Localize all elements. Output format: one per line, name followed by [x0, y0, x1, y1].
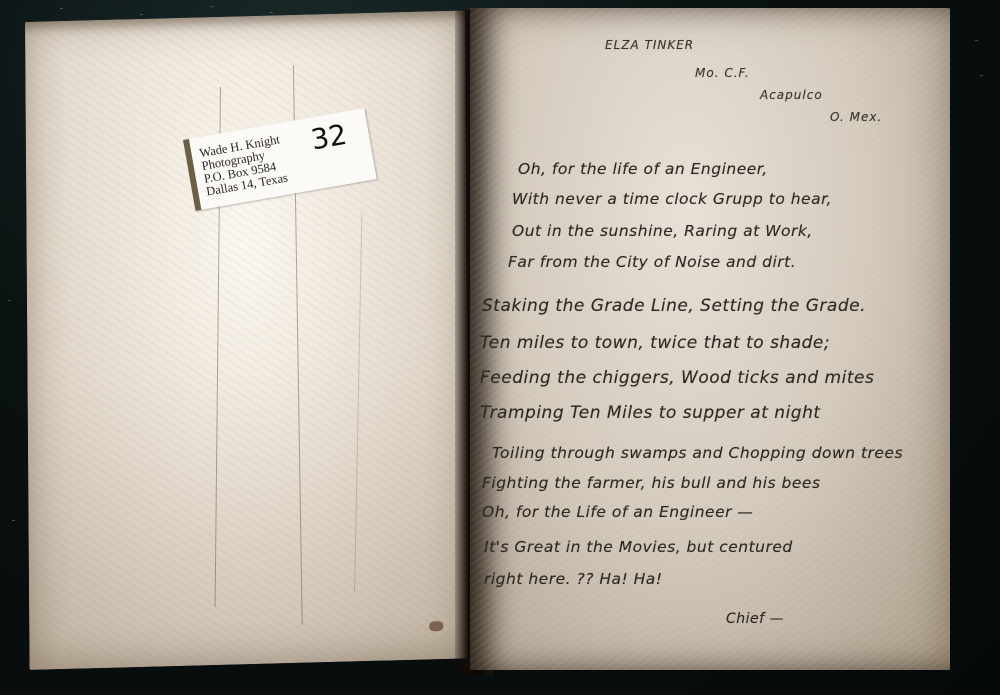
header-city: Acapulco — [760, 88, 823, 102]
photographer-address: Wade H. Knight Photography P.O. Box 9584… — [199, 133, 289, 199]
poem-line: Oh, for the life of an Engineer, — [518, 160, 768, 178]
header-country: O. Mex. — [830, 110, 882, 124]
poem-line: Out in the sunshine, Raring at Work, — [512, 222, 813, 240]
poem-line: Feeding the chiggers, Wood ticks and mit… — [480, 368, 874, 388]
paper-crease — [354, 213, 362, 593]
poem-line: Staking the Grade Line, Setting the Grad… — [482, 296, 866, 316]
poem-line: It's Great in the Movies, but centured — [484, 538, 793, 556]
signature: Chief — — [726, 611, 784, 627]
photo-number: 32 — [308, 118, 349, 157]
header-title: Mo. C.F. — [695, 66, 750, 80]
poem-line: Ten miles to town, twice that to shade; — [480, 333, 830, 353]
poem-line: Oh, for the Life of an Engineer — — [482, 503, 753, 521]
stain-mark — [429, 621, 443, 631]
poem-line: right here. ?? Ha! Ha! — [484, 570, 663, 588]
left-card-back — [25, 10, 470, 669]
header-name: ELZA TINKER — [605, 38, 694, 52]
right-page-letter: ELZA TINKER Mo. C.F. Acapulco O. Mex. Oh… — [470, 8, 950, 670]
poem-line: Toiling through swamps and Chopping down… — [492, 444, 903, 462]
poem-line: With never a time clock Grupp to hear, — [512, 190, 832, 208]
poem-line: Far from the City of Noise and dirt. — [508, 253, 796, 271]
poem-line: Fighting the farmer, his bull and his be… — [482, 474, 821, 492]
poem-line: Tramping Ten Miles to supper at night — [480, 403, 821, 423]
